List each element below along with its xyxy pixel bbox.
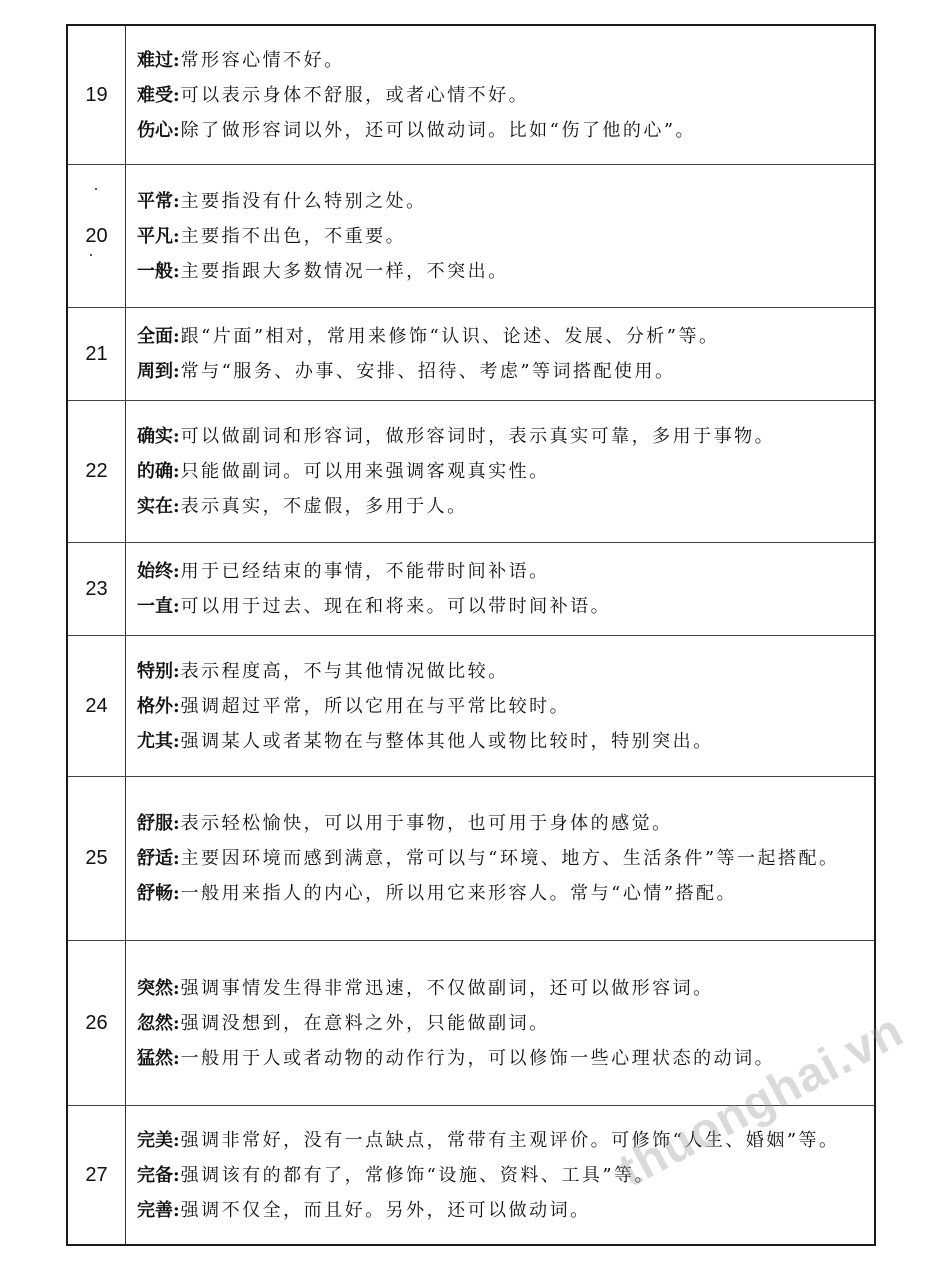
word-entry: 舒畅:一般用来指人的内心，所以用它来形容人。常与“心情”搭配。 [137,876,866,911]
term-separator: : [173,319,180,354]
term-separator: : [173,454,180,489]
entry-term: 尤其 [137,724,173,759]
row-content: 确实:可以做副词和形容词，做形容词时，表示真实可靠，多用于事物。的确:只能做副词… [126,401,874,542]
row-number: 19 [68,26,126,164]
table-row: 20平常:主要指没有什么特别之处。平凡:主要指不出色，不重要。一般:主要指跟大多… [68,164,874,307]
stray-mark [90,254,92,256]
entry-definition: 主要指跟大多数情况一样，不突出。 [181,254,866,289]
entry-definition: 强调非常好，没有一点缺点，常带有主观评价。可修饰“人生、婚姻”等。 [181,1123,866,1158]
term-separator: : [173,254,180,289]
entry-term: 一般 [137,254,173,289]
entry-definition: 跟“片面”相对，常用来修饰“认识、论述、发展、分析”等。 [181,319,866,354]
term-separator: : [173,841,180,876]
term-separator: : [173,1006,180,1041]
term-separator: : [173,724,180,759]
entry-term: 特别 [137,654,173,689]
word-entry: 周到:常与“服务、办事、安排、招待、考虑”等词搭配使用。 [137,354,866,389]
entry-definition: 强调某人或者某物在与整体其他人或物比较时，特别突出。 [181,724,866,759]
term-separator: : [173,876,180,911]
word-entry: 始终:用于已经结束的事情，不能带时间补语。 [137,554,866,589]
entry-term: 难过 [137,43,173,78]
term-separator: : [173,1041,180,1076]
entry-definition: 主要指不出色，不重要。 [181,219,866,254]
entry-definition: 一般用来指人的内心，所以用它来形容人。常与“心情”搭配。 [181,876,866,911]
entry-definition: 表示真实，不虚假，多用于人。 [181,489,866,524]
row-number: 25 [68,777,126,940]
entry-term: 全面 [137,319,173,354]
word-entry: 完善:强调不仅全，而且好。另外，还可以做动词。 [137,1193,866,1228]
entry-term: 突然 [137,971,173,1006]
term-separator: : [173,971,180,1006]
table-row: 26突然:强调事情发生得非常迅速，不仅做副词，还可以做形容词。忽然:强调没想到，… [68,940,874,1105]
term-separator: : [173,78,180,113]
entry-term: 舒畅 [137,876,173,911]
table-row: 22确实:可以做副词和形容词，做形容词时，表示真实可靠，多用于事物。的确:只能做… [68,400,874,542]
row-number: 21 [68,308,126,400]
entry-definition: 表示轻松愉快，可以用于事物，也可用于身体的感觉。 [181,806,866,841]
term-separator: : [173,806,180,841]
entry-term: 伤心 [137,113,173,148]
row-number: 23 [68,543,126,635]
row-content: 完美:强调非常好，没有一点缺点，常带有主观评价。可修饰“人生、婚姻”等。完备:强… [126,1106,874,1244]
entry-term: 一直 [137,589,173,624]
table-row: 19难过:常形容心情不好。难受:可以表示身体不舒服，或者心情不好。伤心:除了做形… [68,26,874,164]
entry-definition: 可以做副词和形容词，做形容词时，表示真实可靠，多用于事物。 [181,419,866,454]
entry-definition: 强调该有的都有了，常修饰“设施、资料、工具”等。 [181,1158,866,1193]
synonym-comparison-table: 19难过:常形容心情不好。难受:可以表示身体不舒服，或者心情不好。伤心:除了做形… [66,24,876,1246]
entry-term: 完美 [137,1123,173,1158]
entry-term: 格外 [137,689,173,724]
row-content: 难过:常形容心情不好。难受:可以表示身体不舒服，或者心情不好。伤心:除了做形容词… [126,26,874,164]
table-row: 25舒服:表示轻松愉快，可以用于事物，也可用于身体的感觉。舒适:主要因环境而感到… [68,776,874,940]
entry-term: 忽然 [137,1006,173,1041]
table-row: 27完美:强调非常好，没有一点缺点，常带有主观评价。可修饰“人生、婚姻”等。完备… [68,1105,874,1244]
term-separator: : [173,554,180,589]
word-entry: 伤心:除了做形容词以外，还可以做动词。比如“伤了他的心”。 [137,113,866,148]
term-separator: : [173,184,180,219]
row-number: 24 [68,636,126,776]
word-entry: 确实:可以做副词和形容词，做形容词时，表示真实可靠，多用于事物。 [137,419,866,454]
table-row: 24特别:表示程度高，不与其他情况做比较。格外:强调超过平常，所以它用在与平常比… [68,635,874,776]
table-row: 21全面:跟“片面”相对，常用来修饰“认识、论述、发展、分析”等。周到:常与“服… [68,307,874,400]
entry-definition: 用于已经结束的事情，不能带时间补语。 [181,554,866,589]
word-entry: 难受:可以表示身体不舒服，或者心情不好。 [137,78,866,113]
entry-term: 始终 [137,554,173,589]
row-content: 突然:强调事情发生得非常迅速，不仅做副词，还可以做形容词。忽然:强调没想到，在意… [126,941,874,1105]
word-entry: 格外:强调超过平常，所以它用在与平常比较时。 [137,689,866,724]
entry-term: 平常 [137,184,173,219]
word-entry: 忽然:强调没想到，在意料之外，只能做副词。 [137,1006,866,1041]
term-separator: : [173,1193,180,1228]
word-entry: 突然:强调事情发生得非常迅速，不仅做副词，还可以做形容词。 [137,971,866,1006]
entry-term: 实在 [137,489,173,524]
row-number: 27 [68,1106,126,1244]
table-row: 23始终:用于已经结束的事情，不能带时间补语。一直:可以用于过去、现在和将来。可… [68,542,874,635]
word-entry: 舒适:主要因环境而感到满意，常可以与“环境、地方、生活条件”等一起搭配。 [137,841,866,876]
term-separator: : [173,689,180,724]
entry-definition: 只能做副词。可以用来强调客观真实性。 [181,454,866,489]
entry-definition: 表示程度高，不与其他情况做比较。 [181,654,866,689]
term-separator: : [173,489,180,524]
word-entry: 完美:强调非常好，没有一点缺点，常带有主观评价。可修饰“人生、婚姻”等。 [137,1123,866,1158]
word-entry: 平常:主要指没有什么特别之处。 [137,184,866,219]
entry-definition: 可以表示身体不舒服，或者心情不好。 [181,78,866,113]
word-entry: 的确:只能做副词。可以用来强调客观真实性。 [137,454,866,489]
entry-definition: 强调超过平常，所以它用在与平常比较时。 [181,689,866,724]
entry-term: 舒适 [137,841,173,876]
entry-term: 完善 [137,1193,173,1228]
word-entry: 特别:表示程度高，不与其他情况做比较。 [137,654,866,689]
stray-mark [95,188,97,190]
word-entry: 全面:跟“片面”相对，常用来修饰“认识、论述、发展、分析”等。 [137,319,866,354]
entry-term: 周到 [137,354,173,389]
row-content: 特别:表示程度高，不与其他情况做比较。格外:强调超过平常，所以它用在与平常比较时… [126,636,874,776]
entry-definition: 除了做形容词以外，还可以做动词。比如“伤了他的心”。 [181,113,866,148]
entry-definition: 主要因环境而感到满意，常可以与“环境、地方、生活条件”等一起搭配。 [181,841,866,876]
row-content: 始终:用于已经结束的事情，不能带时间补语。一直:可以用于过去、现在和将来。可以带… [126,543,874,635]
word-entry: 平凡:主要指不出色，不重要。 [137,219,866,254]
term-separator: : [173,113,180,148]
entry-term: 确实 [137,419,173,454]
entry-term: 平凡 [137,219,173,254]
entry-definition: 可以用于过去、现在和将来。可以带时间补语。 [181,589,866,624]
word-entry: 实在:表示真实，不虚假，多用于人。 [137,489,866,524]
word-entry: 舒服:表示轻松愉快，可以用于事物，也可用于身体的感觉。 [137,806,866,841]
row-content: 全面:跟“片面”相对，常用来修饰“认识、论述、发展、分析”等。周到:常与“服务、… [126,308,874,400]
entry-definition: 常形容心情不好。 [181,43,866,78]
term-separator: : [173,589,180,624]
word-entry: 难过:常形容心情不好。 [137,43,866,78]
entry-definition: 一般用于人或者动物的动作行为，可以修饰一些心理状态的动词。 [181,1041,866,1076]
entry-term: 猛然 [137,1041,173,1076]
entry-definition: 强调不仅全，而且好。另外，还可以做动词。 [181,1193,866,1228]
entry-term: 难受 [137,78,173,113]
word-entry: 猛然:一般用于人或者动物的动作行为，可以修饰一些心理状态的动词。 [137,1041,866,1076]
word-entry: 一般:主要指跟大多数情况一样，不突出。 [137,254,866,289]
word-entry: 完备:强调该有的都有了，常修饰“设施、资料、工具”等。 [137,1158,866,1193]
term-separator: : [173,354,180,389]
row-number: 22 [68,401,126,542]
row-content: 舒服:表示轻松愉快，可以用于事物，也可用于身体的感觉。舒适:主要因环境而感到满意… [126,777,874,940]
term-separator: : [173,1158,180,1193]
word-entry: 一直:可以用于过去、现在和将来。可以带时间补语。 [137,589,866,624]
term-separator: : [173,419,180,454]
entry-definition: 常与“服务、办事、安排、招待、考虑”等词搭配使用。 [181,354,866,389]
term-separator: : [173,43,180,78]
term-separator: : [173,219,180,254]
entry-definition: 主要指没有什么特别之处。 [181,184,866,219]
entry-term: 舒服 [137,806,173,841]
entry-term: 的确 [137,454,173,489]
row-number: 20 [68,165,126,307]
entry-definition: 强调没想到，在意料之外，只能做副词。 [181,1006,866,1041]
word-entry: 尤其:强调某人或者某物在与整体其他人或物比较时，特别突出。 [137,724,866,759]
entry-term: 完备 [137,1158,173,1193]
entry-definition: 强调事情发生得非常迅速，不仅做副词，还可以做形容词。 [181,971,866,1006]
row-content: 平常:主要指没有什么特别之处。平凡:主要指不出色，不重要。一般:主要指跟大多数情… [126,165,874,307]
term-separator: : [173,1123,180,1158]
term-separator: : [173,654,180,689]
row-number: 26 [68,941,126,1105]
